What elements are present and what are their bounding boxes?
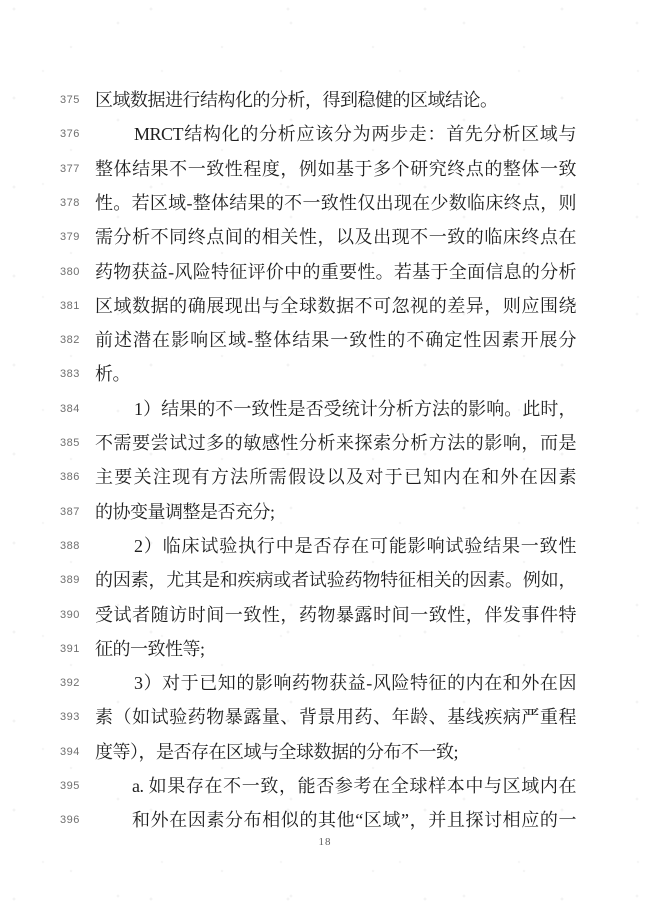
text-row: 391征的一致性等; xyxy=(0,632,650,667)
text-row: 3882）临床试验执行中是否存在可能影响试验结果一致性 xyxy=(0,529,650,564)
text-line: 和外在因素分布相似的其他“区域”，并且探讨相应的一 xyxy=(95,803,576,838)
text-line: 受试者随访时间一致性，药物暴露时间一致性，伴发事件特 xyxy=(95,598,576,633)
line-number: 390 xyxy=(60,598,92,633)
text-line: 性。若区域-整体结果的不一致性仅出现在少数临床终点，则 xyxy=(95,186,576,221)
text-line: 度等），是否存在区域与全球数据的分布不一致; xyxy=(95,735,576,770)
line-number: 393 xyxy=(60,700,92,735)
text-row: 379需分析不同终点间的相关性，以及出现不一致的临床终点在 xyxy=(0,220,650,255)
text-row: 385不需要尝试过多的敏感性分析来探索分析方法的影响，而是 xyxy=(0,426,650,461)
text-row: 390受试者随访时间一致性，药物暴露时间一致性，伴发事件特 xyxy=(0,598,650,633)
text-line: a. 如果存在不一致，能否参考在全球样本中与区域内在 xyxy=(95,769,576,804)
line-number: 388 xyxy=(60,529,92,564)
text-row: 382前述潜在影响区域-整体结果一致性的不确定性因素开展分 xyxy=(0,323,650,358)
text-row: 383析。 xyxy=(0,357,650,392)
text-line: 征的一致性等; xyxy=(95,632,576,667)
page-number: 18 xyxy=(0,836,650,848)
text-line: MRCT结构化的分析应该分为两步走：首先分析区域与 xyxy=(95,117,576,152)
line-number: 380 xyxy=(60,255,92,290)
text-row: 377整体结果不一致性程度，例如基于多个研究终点的整体一致 xyxy=(0,152,650,187)
line-number: 391 xyxy=(60,632,92,667)
text-line: 析。 xyxy=(95,357,576,392)
line-number: 377 xyxy=(60,152,92,187)
text-line: 整体结果不一致性程度，例如基于多个研究终点的整体一致 xyxy=(95,152,576,187)
text-line: 1）结果的不一致性是否受统计分析方法的影响。此时， xyxy=(95,392,576,427)
line-number: 375 xyxy=(60,83,92,118)
line-number: 383 xyxy=(60,357,92,392)
text-row: 378性。若区域-整体结果的不一致性仅出现在少数临床终点，则 xyxy=(0,186,650,221)
text-row: 394度等），是否存在区域与全球数据的分布不一致; xyxy=(0,735,650,770)
text-line: 的协变量调整是否充分; xyxy=(95,495,576,530)
line-number: 376 xyxy=(60,117,92,152)
line-number: 382 xyxy=(60,323,92,358)
text-row: 380药物获益-风险特征评价中的重要性。若基于全面信息的分析 xyxy=(0,255,650,290)
line-number: 384 xyxy=(60,392,92,427)
text-line: 需分析不同终点间的相关性，以及出现不一致的临床终点在 xyxy=(95,220,576,255)
line-number: 396 xyxy=(60,803,92,838)
text-row: 3841）结果的不一致性是否受统计分析方法的影响。此时， xyxy=(0,392,650,427)
line-number: 379 xyxy=(60,220,92,255)
text-row: 389的因素，尤其是和疾病或者试验药物特征相关的因素。例如， xyxy=(0,563,650,598)
text-line: 不需要尝试过多的敏感性分析来探索分析方法的影响，而是 xyxy=(95,426,576,461)
line-number: 394 xyxy=(60,735,92,770)
text-row: 375区域数据进行结构化的分析，得到稳健的区域结论。 xyxy=(0,83,650,118)
text-row: 387的协变量调整是否充分; xyxy=(0,495,650,530)
text-line: 区域数据进行结构化的分析，得到稳健的区域结论。 xyxy=(95,83,576,118)
text-row: 395a. 如果存在不一致，能否参考在全球样本中与区域内在 xyxy=(0,769,650,804)
line-number: 395 xyxy=(60,769,92,804)
line-number: 385 xyxy=(60,426,92,461)
text-row: 3923）对于已知的影响药物获益-风险特征的内在和外在因 xyxy=(0,666,650,701)
text-row: 376MRCT结构化的分析应该分为两步走：首先分析区域与 xyxy=(0,117,650,152)
text-row: 386主要关注现有方法所需假设以及对于已知内在和外在因素 xyxy=(0,460,650,495)
text-line: 2）临床试验执行中是否存在可能影响试验结果一致性 xyxy=(95,529,576,564)
document-page: 375区域数据进行结构化的分析，得到稳健的区域结论。376MRCT结构化的分析应… xyxy=(0,0,650,920)
text-row: 393素（如试验药物暴露量、背景用药、年龄、基线疾病严重程 xyxy=(0,700,650,735)
line-number: 378 xyxy=(60,186,92,221)
text-line: 的因素，尤其是和疾病或者试验药物特征相关的因素。例如， xyxy=(95,563,576,598)
text-line: 主要关注现有方法所需假设以及对于已知内在和外在因素 xyxy=(95,460,576,495)
text-line: 前述潜在影响区域-整体结果一致性的不确定性因素开展分 xyxy=(95,323,576,358)
line-number: 392 xyxy=(60,666,92,701)
text-line: 药物获益-风险特征评价中的重要性。若基于全面信息的分析 xyxy=(95,255,576,290)
text-line: 区域数据的确展现出与全球数据不可忽视的差异，则应围绕 xyxy=(95,289,576,324)
text-line: 3）对于已知的影响药物获益-风险特征的内在和外在因 xyxy=(95,666,576,701)
line-number: 387 xyxy=(60,495,92,530)
text-line: 素（如试验药物暴露量、背景用药、年龄、基线疾病严重程 xyxy=(95,700,576,735)
text-row: 396和外在因素分布相似的其他“区域”，并且探讨相应的一 xyxy=(0,803,650,838)
text-row: 381区域数据的确展现出与全球数据不可忽视的差异，则应围绕 xyxy=(0,289,650,324)
line-number: 386 xyxy=(60,460,92,495)
line-number: 381 xyxy=(60,289,92,324)
line-number: 389 xyxy=(60,563,92,598)
